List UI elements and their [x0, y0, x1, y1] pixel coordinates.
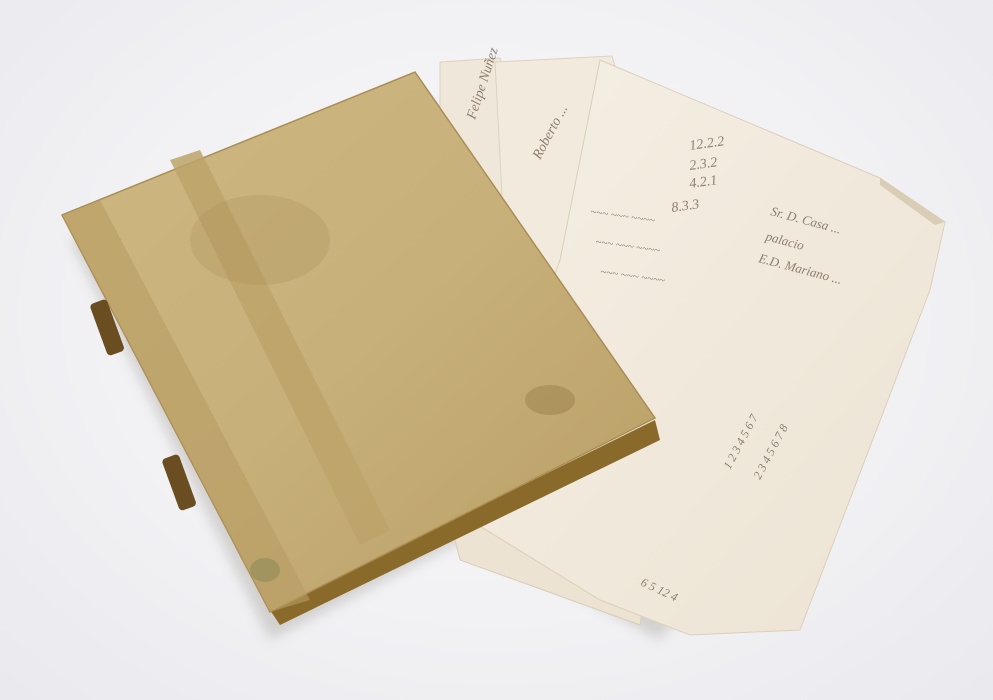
photo-illustration: Felipe Nuñez Roberto ... 12.2.2 2.3.2 4.…: [0, 0, 993, 700]
photo-scene: Felipe Nuñez Roberto ... 12.2.2 2.3.2 4.…: [0, 0, 993, 700]
